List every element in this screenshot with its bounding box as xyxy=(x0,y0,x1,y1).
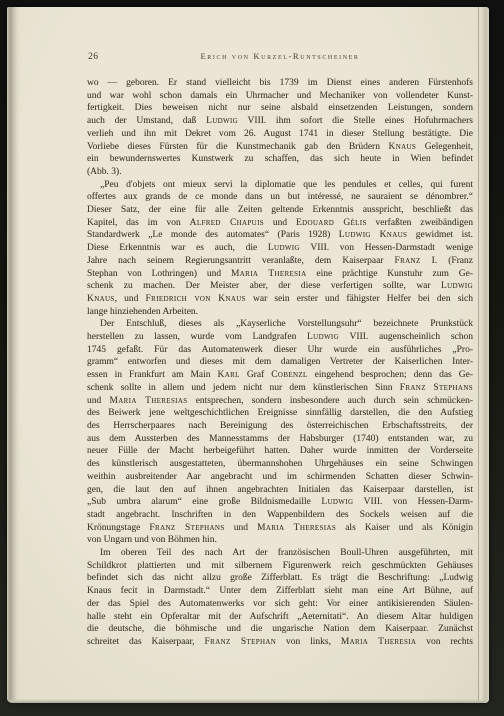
person-name-smallcaps: Franz xyxy=(395,256,421,266)
person-name-smallcaps: Franz Stephans xyxy=(400,383,473,393)
text-line: Krönungstage Franz Stephans und Maria Th… xyxy=(87,522,473,535)
text-run: die deutsche, die böhmische und die unga… xyxy=(87,624,473,634)
text-line: Knaus fecit in Darmstadt.“ Unter dem Zif… xyxy=(87,585,473,598)
text-line: der das Spiel des Automatenwerks vor sic… xyxy=(87,598,473,611)
person-name-smallcaps: Knaus xyxy=(389,142,417,152)
text-line: Dieser Satz, der eine für alle Zeiten ge… xyxy=(87,204,473,217)
text-run: Gelegenheit, xyxy=(416,142,473,152)
bottom-page-edge xyxy=(9,699,486,703)
text-run: des künstlerisch ausgestatteten, überman… xyxy=(87,459,473,469)
text-line: stadt angebracht. Inschriften in den Wap… xyxy=(87,509,473,522)
text-run: gen, die laut den auf ihnen angebrachten… xyxy=(87,485,473,495)
text-run: Standardwerk „Le monde des automates“ (P… xyxy=(87,230,339,240)
text-line: von Ungarn und von Böhmen hin. xyxy=(87,534,473,547)
person-name-smallcaps: Knaus xyxy=(87,294,115,304)
text-run: von rechts xyxy=(416,637,473,647)
text-run: lange hinziehenden Arbeiten. xyxy=(87,307,198,317)
text-line: des Herrscherpaares nach Bereinigung des… xyxy=(87,420,473,433)
text-line: lange hinziehenden Arbeiten. xyxy=(87,306,473,319)
text-line: herstellen zu lassen, wurde vom Landgraf… xyxy=(87,331,473,344)
text-run: stadt angebracht. Inschriften in den Wap… xyxy=(87,510,473,520)
text-run: herstellen zu lassen, wurde vom Landgraf… xyxy=(87,332,307,342)
text-line: gen, die laut den auf ihnen angebrachten… xyxy=(87,484,473,497)
text-run: gewidmet ist. xyxy=(407,230,473,240)
text-run: offertes aux grands de ce monde dans un … xyxy=(87,192,473,202)
text-run: und xyxy=(87,396,109,406)
person-name-smallcaps: Ludwig xyxy=(206,116,238,126)
text-line: schenk sollte in allem und jedem nicht n… xyxy=(87,382,473,395)
text-line: 1745 gefaßt. Für das Automatenwerk diese… xyxy=(87,344,473,357)
text-line: Im oberen Teil des nach Art der französi… xyxy=(87,547,473,560)
text-run: schenk sollte in allem und jedem nicht n… xyxy=(87,383,400,393)
person-name-smallcaps: Ludwig xyxy=(321,497,353,507)
text-block: wo — geboren. Er stand vielleicht bis 17… xyxy=(87,77,473,649)
text-run: von Ungarn und von Böhmen hin. xyxy=(87,535,217,545)
text-run: essen in Frankfurt am Main xyxy=(87,370,218,380)
text-run: Im oberen Teil des nach Art der französi… xyxy=(100,548,473,558)
text-run: Dieser Satz, der eine für alle Zeiten ge… xyxy=(87,205,473,215)
text-run: verlieh und ihn mit Dekret vom 26. Augus… xyxy=(87,129,473,139)
person-name-smallcaps: Cobenzl xyxy=(271,370,307,380)
person-name-smallcaps: Maria Theresias xyxy=(109,396,187,406)
text-run: wo — geboren. Er stand vielleicht bis 17… xyxy=(87,78,473,88)
text-run: und xyxy=(225,523,258,533)
text-line: schenk zu machen. Der Meister aber, der … xyxy=(87,280,473,293)
person-name-smallcaps: Ludwig xyxy=(268,243,300,253)
text-run: „Sub umbra alarum“ eine große Bildnismed… xyxy=(87,497,321,507)
text-run: Jahre nach seinem Regierungsantritt vera… xyxy=(87,256,395,266)
text-line: fertigkeit. Dies beweisen nicht nur sein… xyxy=(87,102,473,115)
text-run: neuer Fülle der Macht herbeigeführt hatt… xyxy=(87,446,473,456)
text-run: eine prächtige Kunstuhr zum Ge- xyxy=(307,269,474,279)
text-line: schreitet das Kaiserpaar, Franz Stephan … xyxy=(87,636,473,649)
text-run: verfaßten zweibändigen xyxy=(367,218,473,228)
text-line: neuer Fülle der Macht herbeigeführt hatt… xyxy=(87,445,473,458)
text-line: verlieh und ihn mit Dekret vom 26. Augus… xyxy=(87,128,473,141)
text-run: eingehend besprochen; denn das Ge- xyxy=(308,370,473,380)
text-line: Vorliebe dieses Fürsten für die Kunstmec… xyxy=(87,141,473,154)
text-run: entsprechen, sondern insbesondere auch d… xyxy=(188,396,473,406)
person-name-smallcaps: Friedrich von Knaus xyxy=(146,294,246,304)
person-name-smallcaps: Maria Theresia xyxy=(231,269,307,279)
text-line: ein bewundernswertes Kunstwerk zu schaff… xyxy=(87,153,473,166)
person-name-smallcaps: Ludwig Knaus xyxy=(339,230,407,240)
text-line: befindet sich das nicht allzu große Ziff… xyxy=(87,572,473,585)
text-run: des Beiwerk jene weltgeschichtlichen Ere… xyxy=(87,408,473,418)
left-page-edge xyxy=(7,7,20,703)
text-line: und Maria Theresias entsprechen, sondern… xyxy=(87,395,473,408)
text-run: VIII. von Hessen-Darm- xyxy=(353,497,473,507)
text-run: , und xyxy=(115,294,146,304)
scanned-book-page: Erich von Kurzel-Runtscheiner 26 wo — ge… xyxy=(0,0,504,716)
right-page-edge xyxy=(477,7,489,703)
person-name-smallcaps: Edouard Gélis xyxy=(296,218,367,228)
text-run: „Peu d'objets ont mieux servi la diploma… xyxy=(100,180,473,190)
text-line: des künstlerisch ausgestatteten, überman… xyxy=(87,458,473,471)
text-line: Knaus, und Friedrich von Knaus war sein … xyxy=(87,293,473,306)
page-number: 26 xyxy=(88,52,99,62)
text-run: Knaus fecit in Darmstadt.“ Unter dem Zif… xyxy=(87,586,473,596)
text-line: Standardwerk „Le monde des automates“ (P… xyxy=(87,229,473,242)
person-name-smallcaps: Franz Stephans xyxy=(149,523,224,533)
person-name-smallcaps: Maria Theresias xyxy=(257,523,336,533)
text-line: essen in Frankfurt am Main Karl Graf Cob… xyxy=(87,369,473,382)
text-run: auch der Umstand, daß xyxy=(87,116,206,126)
text-run: weithin ausbreitender Aar angebracht und… xyxy=(87,472,473,482)
text-line: Diese Erkenntnis war es auch, die Ludwig… xyxy=(87,242,473,255)
text-line: halle steht ein Opferaltar mit der Aufsc… xyxy=(87,611,473,624)
person-name-smallcaps: Ludwig xyxy=(441,281,473,291)
text-run: (Abb. 3). xyxy=(87,167,122,177)
text-run: und war wohl schon damals ein Uhrmacher … xyxy=(87,91,473,101)
text-run: Krönungstage xyxy=(87,523,149,533)
text-run: aus dem Aussterben des Mannesstamms der … xyxy=(87,434,473,444)
text-run: von links, xyxy=(276,637,341,647)
page-header: Erich von Kurzel-Runtscheiner 26 xyxy=(87,51,473,65)
text-run: Schildkrot plattierten und mit silbernem… xyxy=(87,561,473,571)
person-name-smallcaps: Ludwig xyxy=(307,332,339,342)
text-run: halle steht ein Opferaltar mit der Aufsc… xyxy=(87,612,473,622)
text-run: Diese Erkenntnis war es auch, die xyxy=(87,243,268,253)
text-run: VIII. augenscheinlich schon xyxy=(339,332,473,342)
text-line: und war wohl schon damals ein Uhrmacher … xyxy=(87,90,473,103)
person-name-smallcaps: Alfred Chapuis xyxy=(190,218,264,228)
text-line: wo — geboren. Er stand vielleicht bis 17… xyxy=(87,77,473,90)
text-line: weithin ausbreitender Aar angebracht und… xyxy=(87,471,473,484)
text-run: und xyxy=(264,218,296,228)
text-run: Stephan von Lothringen) und xyxy=(87,269,231,279)
text-run: Der Entschluß, dieses als „Kayserliche V… xyxy=(100,319,473,329)
text-run: der das Spiel des Automatenwerks vor sic… xyxy=(87,599,473,609)
text-run: befindet sich das nicht allzu große Ziff… xyxy=(87,573,473,583)
person-name-smallcaps: Maria Theresia xyxy=(341,637,417,647)
text-line: gramm“ entworfen und dieses mit dem dama… xyxy=(87,356,473,369)
text-run: gramm“ entworfen und dieses mit dem dama… xyxy=(87,357,473,367)
text-run: Graf xyxy=(240,370,271,380)
text-line: (Abb. 3). xyxy=(87,166,473,179)
text-run: I. (Franz xyxy=(421,256,473,266)
text-run: als Kaiser und als Königin xyxy=(336,523,473,533)
text-run: schenk zu machen. Der Meister aber, der … xyxy=(87,281,441,291)
text-run: war sein erster und fähigster Helfer bei… xyxy=(246,294,473,304)
text-line: „Sub umbra alarum“ eine große Bildnismed… xyxy=(87,496,473,509)
text-run: des Herrscherpaares nach Bereinigung des… xyxy=(87,421,473,431)
text-line: die deutsche, die böhmische und die unga… xyxy=(87,623,473,636)
text-line: auch der Umstand, daß Ludwig VIII. ihm s… xyxy=(87,115,473,128)
text-line: Schildkrot plattierten und mit silbernem… xyxy=(87,560,473,573)
running-head: Erich von Kurzel-Runtscheiner xyxy=(87,51,473,61)
person-name-smallcaps: Franz Stephan xyxy=(205,637,277,647)
text-line: Jahre nach seinem Regierungsantritt vera… xyxy=(87,255,473,268)
text-line: aus dem Aussterben des Mannesstamms der … xyxy=(87,433,473,446)
text-run: fertigkeit. Dies beweisen nicht nur sein… xyxy=(87,103,473,113)
text-run: schreitet das Kaiserpaar, xyxy=(87,637,205,647)
text-line: Der Entschluß, dieses als „Kayserliche V… xyxy=(87,318,473,331)
text-run: VIII. ihm sofort die Stelle eines Hofuhr… xyxy=(238,116,473,126)
text-run: 1745 gefaßt. Für das Automatenwerk diese… xyxy=(87,345,473,355)
text-run: Vorliebe dieses Fürsten für die Kunstmec… xyxy=(87,142,389,152)
text-run: ein bewundernswertes Kunstwerk zu schaff… xyxy=(87,154,473,164)
text-line: offertes aux grands de ce monde dans un … xyxy=(87,191,473,204)
text-line: „Peu d'objets ont mieux servi la diploma… xyxy=(87,179,473,192)
text-line: Stephan von Lothringen) und Maria Theres… xyxy=(87,268,473,281)
person-name-smallcaps: Karl xyxy=(218,370,240,380)
text-line: des Beiwerk jene weltgeschichtlichen Ere… xyxy=(87,407,473,420)
text-line: Kapitel, das im von Alfred Chapuis und E… xyxy=(87,217,473,230)
book-page: Erich von Kurzel-Runtscheiner 26 wo — ge… xyxy=(7,7,489,703)
text-run: Kapitel, das im von xyxy=(87,218,190,228)
text-run: VIII. von Hessen-Darmstadt wenige xyxy=(300,243,473,253)
